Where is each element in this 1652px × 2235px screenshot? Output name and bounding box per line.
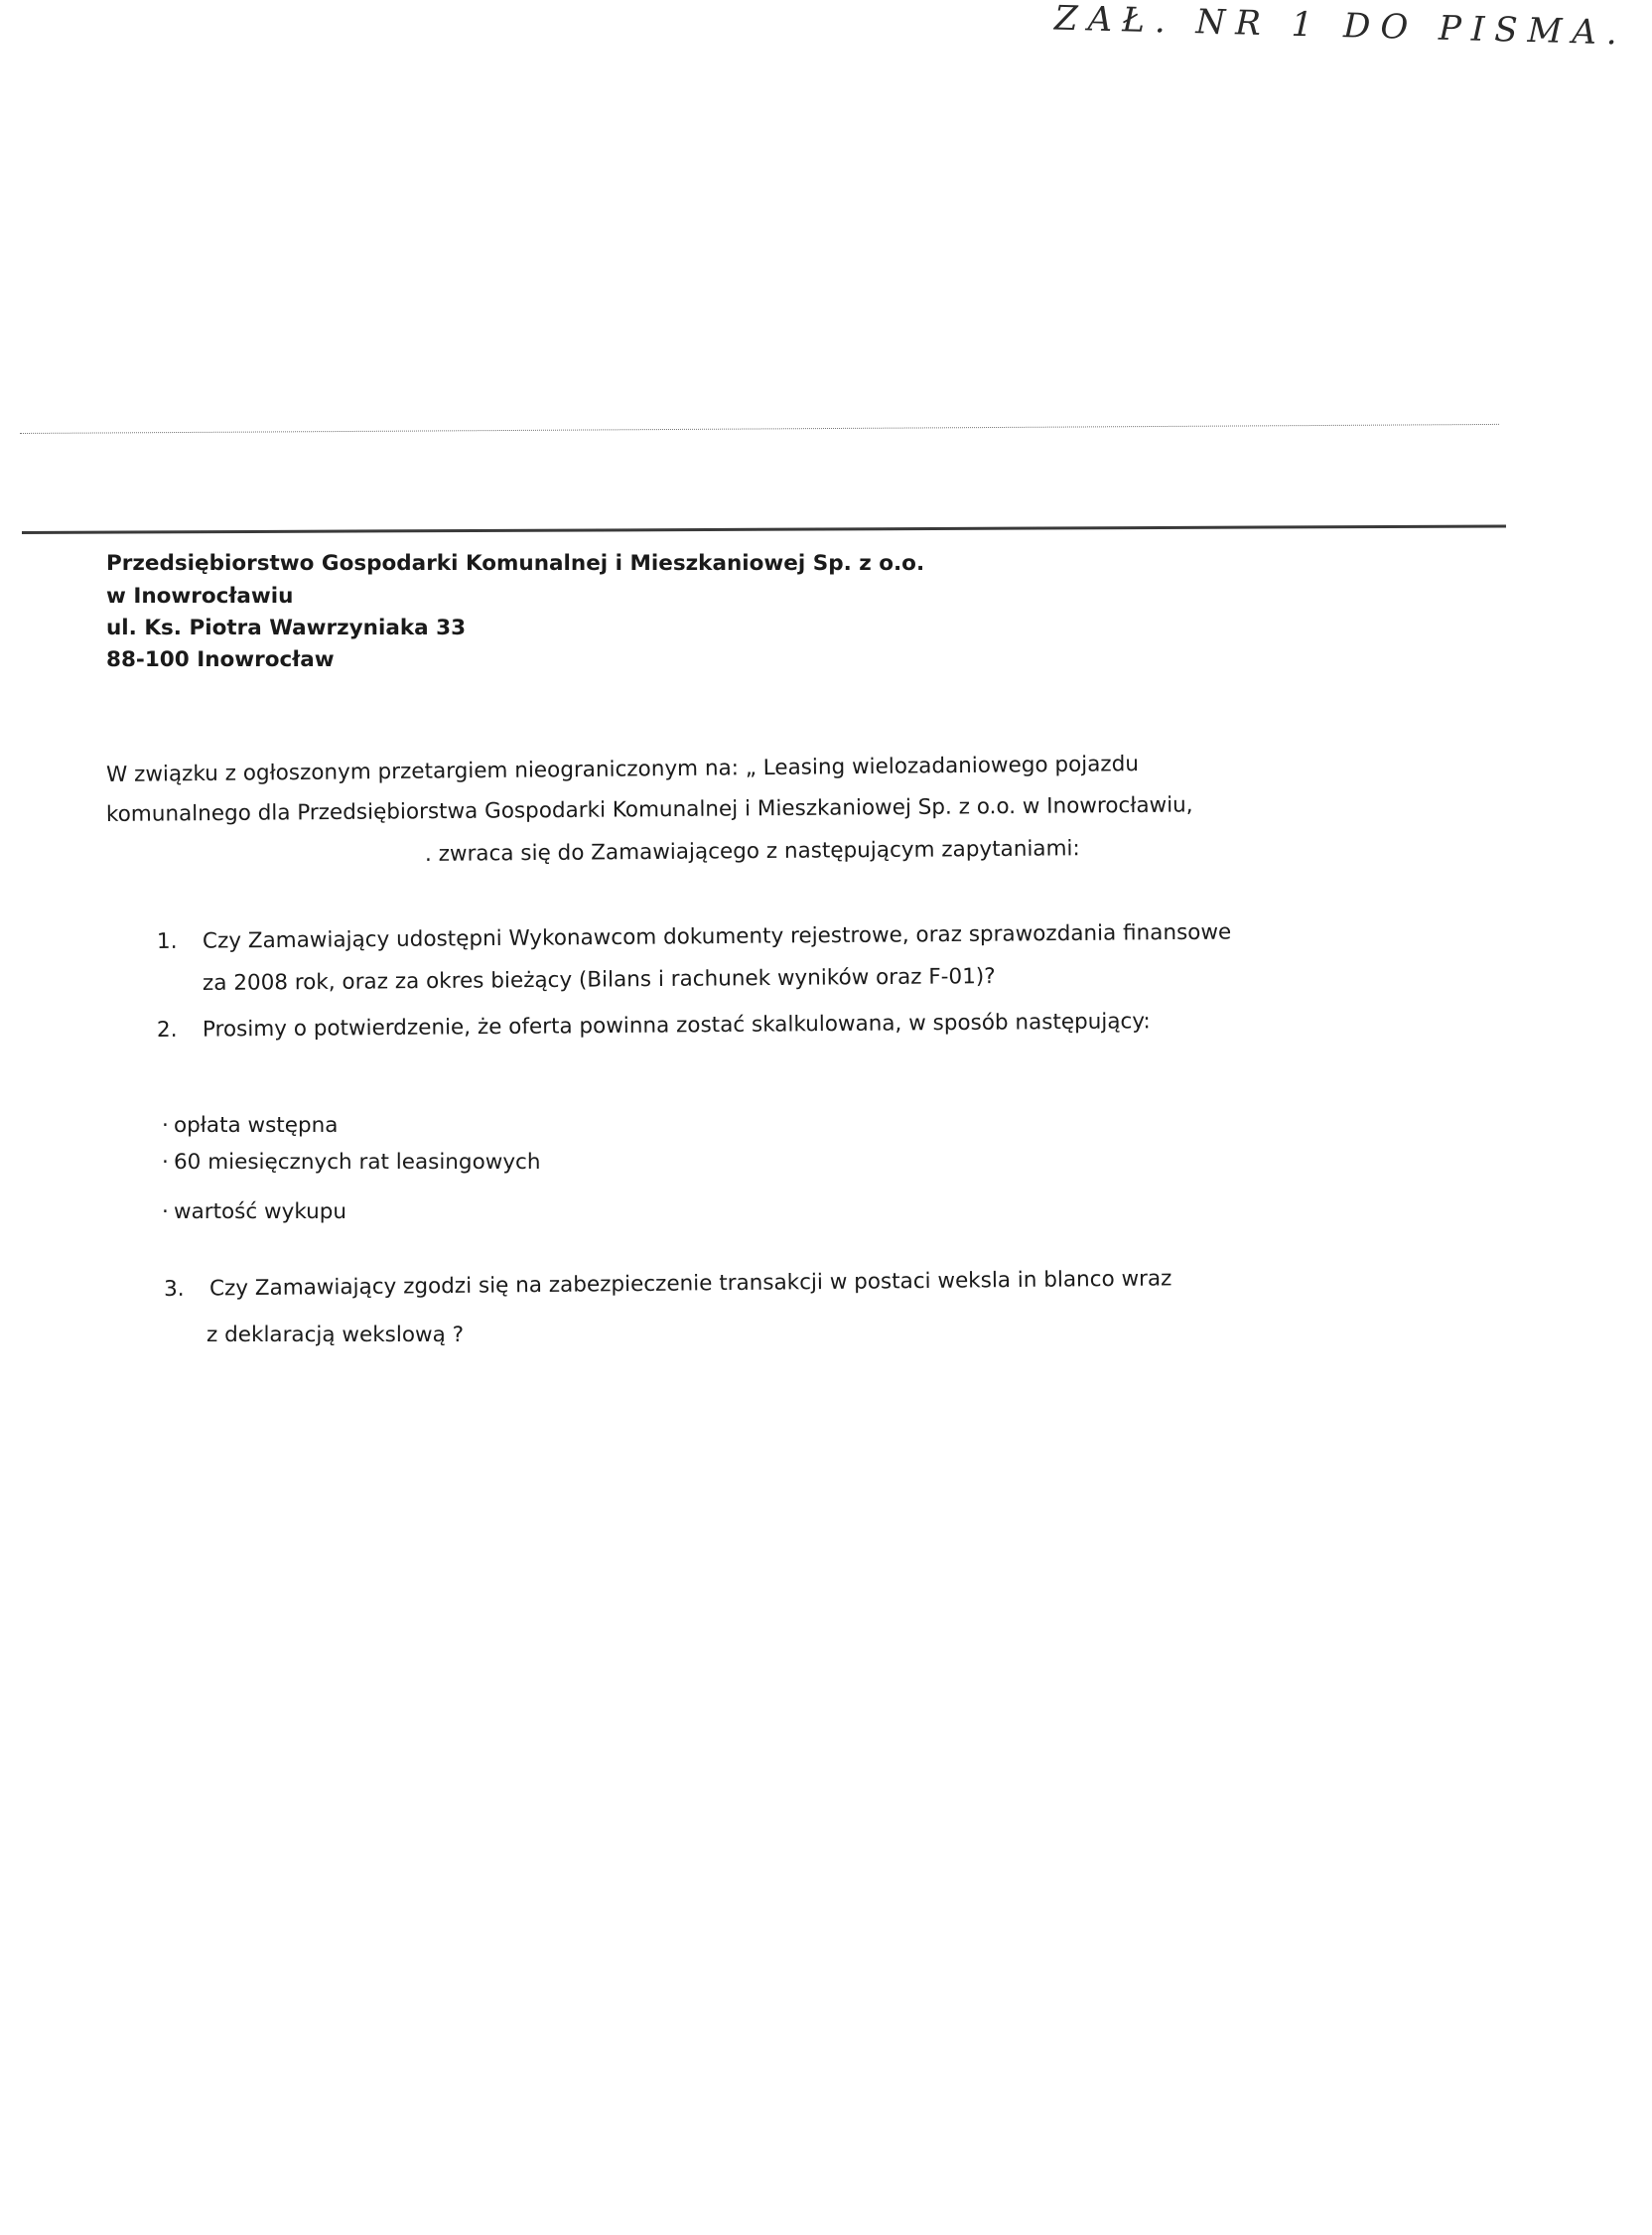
question-number: 1. — [157, 931, 203, 953]
bullet-text: 60 miesięcznych rat leasingowych — [174, 1150, 541, 1175]
recipient-city-line: w Inowrocławiu — [106, 586, 293, 608]
recipient-postal: 88-100 Inowrocław — [106, 649, 335, 671]
question-2: 2.Prosimy o potwierdzenie, że oferta pow… — [157, 1011, 1151, 1041]
recipient-street: ul. Ks. Piotra Wawrzyniaka 33 — [106, 618, 466, 639]
recipient-name: Przedsiębiorstwo Gospodarki Komunalnej i… — [106, 553, 924, 575]
bullet-item: ·opłata wstępna — [162, 1115, 338, 1137]
question-3-line-1: 3.Czy Zamawiający zgodzi się na zabezpie… — [164, 1268, 1172, 1300]
header-divider-line — [22, 524, 1506, 534]
bullet-item: ·wartość wykupu — [162, 1201, 346, 1223]
question-text: Czy Zamawiający zgodzi się na zabezpiecz… — [209, 1266, 1172, 1301]
intro-line-2: komunalnego dla Przedsiębiorstwa Gospoda… — [106, 794, 1193, 825]
bullet-marker: · — [162, 1201, 174, 1223]
question-number: 3. — [164, 1279, 209, 1301]
question-3-line-2: z deklaracją wekslową ? — [206, 1325, 464, 1346]
question-number: 2. — [157, 1020, 203, 1042]
bullet-item: ·60 miesięcznych rat leasingowych — [162, 1152, 541, 1174]
handwritten-attachment-note: ZAŁ. NR 1 DO PISMA. — [1054, 0, 1628, 54]
question-1-line-1: 1.Czy Zamawiający udostępni Wykonawcom d… — [157, 922, 1231, 953]
bullet-text: wartość wykupu — [174, 1199, 346, 1224]
top-dotted-divider — [20, 424, 1499, 434]
question-1-line-2: za 2008 rok, oraz za okres bieżący (Bila… — [203, 966, 996, 994]
bullet-marker: · — [162, 1152, 174, 1174]
bullet-marker: · — [162, 1115, 174, 1137]
question-text: Prosimy o potwierdzenie, że oferta powin… — [203, 1009, 1151, 1042]
bullet-text: opłata wstępna — [174, 1113, 338, 1138]
intro-line-1: W związku z ogłoszonym przetargiem nieog… — [106, 754, 1139, 785]
question-text: Czy Zamawiający udostępni Wykonawcom dok… — [203, 920, 1231, 954]
scanned-document-page: ZAŁ. NR 1 DO PISMA. Przedsiębiorstwo Gos… — [0, 0, 1652, 2235]
intro-line-3: . zwraca się do Zamawiającego z następuj… — [425, 838, 1080, 865]
